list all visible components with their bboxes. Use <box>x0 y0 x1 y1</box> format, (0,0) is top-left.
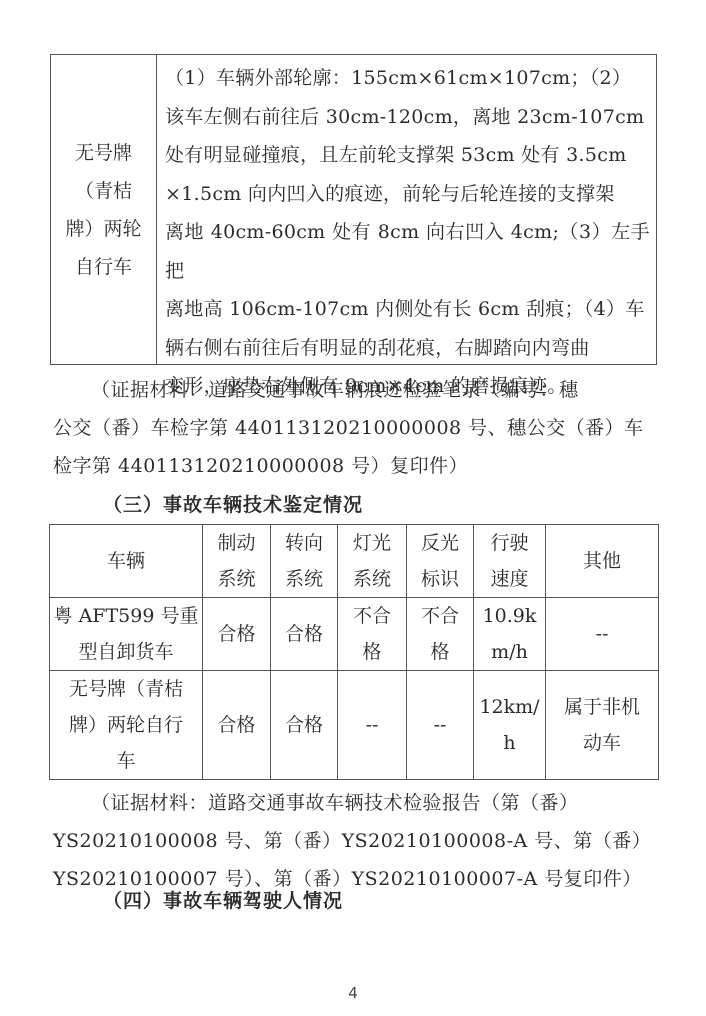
vehicle-name-line: 无号牌 <box>65 134 141 172</box>
table-row: 无号牌（青桔牌）两轮自行车 合格 合格 -- -- 12km/h 属于非机动车 <box>50 671 659 780</box>
header-steering-system: 转向系统 <box>271 525 338 598</box>
vehicle-name-line: 自行车 <box>65 248 141 286</box>
header-reflective-marking: 反光标识 <box>407 525 474 598</box>
cell-lights: -- <box>338 671 407 780</box>
trace-line: 离地高 106cm-107cm 内侧处有长 6cm 刮痕；（4）车 <box>165 290 650 329</box>
page-number: 4 <box>0 984 706 1002</box>
cell-brake: 合格 <box>203 598 271 671</box>
trace-line: 辆右侧右前往后有明显的刮花痕，右脚踏向内弯曲 <box>165 329 650 368</box>
header-brake-system: 制动系统 <box>203 525 271 598</box>
cell-steering: 合格 <box>271 598 338 671</box>
cell-speed: 12km/h <box>474 671 546 780</box>
header-vehicle: 车辆 <box>50 525 203 598</box>
trace-line: 处有明显碰撞痕，且左前轮支撑架 53cm 处有 3.5cm <box>165 136 650 175</box>
trace-line: 该车左侧右前往后 30cm-120cm，离地 23cm-107cm <box>165 98 650 137</box>
vehicle-trace-table: 无号牌 （青桔 牌）两轮 自行车 （1）车辆外部轮廓：155cm×61cm×10… <box>50 54 657 365</box>
evidence-note-1: （证据材料：道路交通事故车辆痕迹检验笔录（编号：穗 公交（番）车检字第 4401… <box>53 371 653 485</box>
trace-line: 离地 40cm-60cm 处有 8cm 向右凹入 4cm;（3）左手把 <box>165 213 650 290</box>
cell-speed: 10.9km/h <box>474 598 546 671</box>
table-header-row: 车辆 制动系统 转向系统 灯光系统 反光标识 行驶速度 其他 <box>50 525 659 598</box>
header-light-system: 灯光系统 <box>338 525 407 598</box>
section-heading-4: （四）事故车辆驾驶人情况 <box>103 886 343 916</box>
cell-lights: 不合格 <box>338 598 407 671</box>
tech-inspection-table: 车辆 制动系统 转向系统 灯光系统 反光标识 行驶速度 其他 粤 AFT599 … <box>49 524 659 780</box>
evidence-line: 公交（番）车检字第 440113120210000008 号、穗公交（番）车 <box>53 409 653 447</box>
cell-other: 属于非机动车 <box>546 671 659 780</box>
table-row: 粤 AFT599 号重型自卸货车 合格 合格 不合格 不合格 10.9km/h … <box>50 598 659 671</box>
vehicle-name-line: 牌）两轮 <box>65 210 141 248</box>
header-driving-speed: 行驶速度 <box>474 525 546 598</box>
trace-line: ×1.5cm 向内凹入的痕迹，前轮与后轮连接的支撑架 <box>165 175 650 214</box>
evidence-note-2: （证据材料：道路交通事故车辆技术检验报告（第（番） YS20210100008 … <box>53 784 653 898</box>
section-heading-3: （三）事故车辆技术鉴定情况 <box>103 490 363 520</box>
vehicle-name-cell: 无号牌 （青桔 牌）两轮 自行车 <box>51 55 157 364</box>
header-other: 其他 <box>546 525 659 598</box>
cell-brake: 合格 <box>203 671 271 780</box>
trace-line: （1）车辆外部轮廓：155cm×61cm×107cm；（2） <box>165 59 650 98</box>
evidence-line: （证据材料：道路交通事故车辆痕迹检验笔录（编号：穗 <box>53 371 653 409</box>
trace-description-cell: （1）车辆外部轮廓：155cm×61cm×107cm；（2） 该车左侧右前往后 … <box>157 55 656 364</box>
cell-vehicle: 粤 AFT599 号重型自卸货车 <box>50 598 203 671</box>
evidence-line: YS20210100008 号、第（番）YS20210100008-A 号、第（… <box>53 822 653 860</box>
cell-vehicle: 无号牌（青桔牌）两轮自行车 <box>50 671 203 780</box>
cell-other: -- <box>546 598 659 671</box>
vehicle-name-line: （青桔 <box>65 172 141 210</box>
cell-reflective: -- <box>407 671 474 780</box>
cell-reflective: 不合格 <box>407 598 474 671</box>
document-page: 无号牌 （青桔 牌）两轮 自行车 （1）车辆外部轮廓：155cm×61cm×10… <box>0 0 706 1016</box>
evidence-line: 检字第 440113120210000008 号）复印件） <box>53 447 653 485</box>
cell-steering: 合格 <box>271 671 338 780</box>
evidence-line: （证据材料：道路交通事故车辆技术检验报告（第（番） <box>53 784 653 822</box>
